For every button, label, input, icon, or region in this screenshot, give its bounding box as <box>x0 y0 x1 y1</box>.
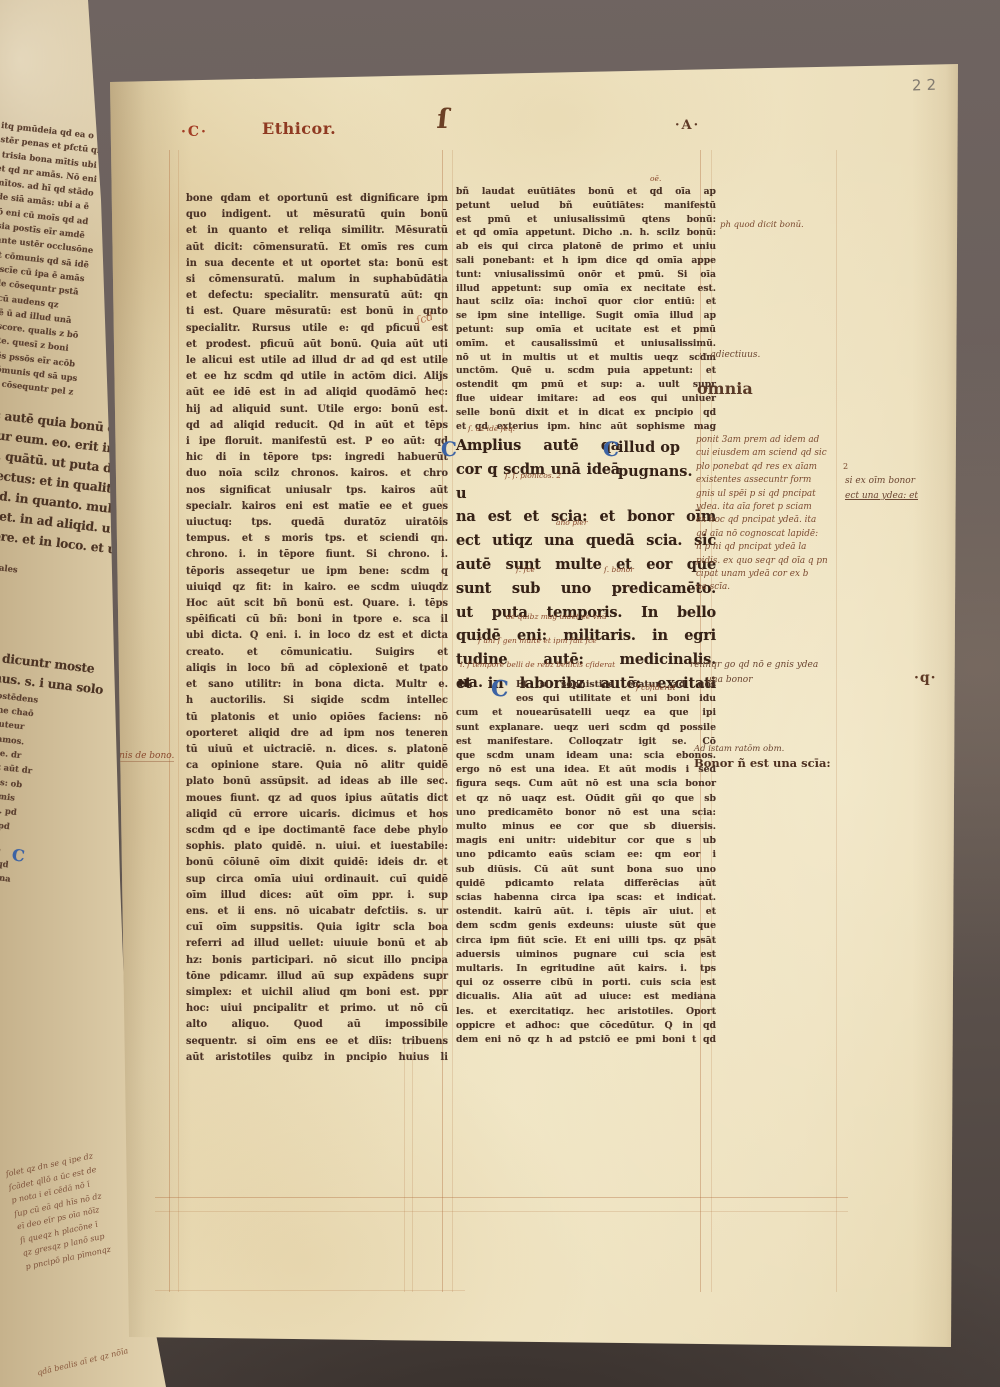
manuscript-text-line: cuī oīm suppsitis. Quia igitr scla boa <box>186 920 448 936</box>
manuscript-text-line: unctōm. Quē u. scdm puia appetunt: et <box>456 364 716 378</box>
manuscript-text-line: et ee hz scdm qd utile in actōm dici. Al… <box>186 369 448 385</box>
manuscript-text-line: uno predicamēto bonor nō est una scia: <box>456 806 716 820</box>
manuscript-text-line: oppicre et adhoc: que cōcedūtur. Q in qd <box>456 1019 716 1033</box>
manuscript-text-line: ti est. Quare mēsuratū: est bonū in qnto <box>186 304 448 320</box>
ruling-line-v <box>178 150 179 1292</box>
manuscript-text-line: oporteret aliqid dre ad ipm nos teneren <box>186 726 448 742</box>
manuscript-text-line: simplex: et uichil aliud qm boni est. pp… <box>186 985 448 1001</box>
manuscript-text-line: aliqis in loco bñ ad cōplexionē et tpato <box>186 661 448 677</box>
manuscript-text-line: tū uiuū et uictraciē. n. dices. s. plato… <box>186 742 448 758</box>
manuscript-text-line: dicualis. Alia aūt ad uiuce: est mediana <box>456 990 716 1004</box>
manuscript-text-line: est manifestare. Colloqzatr igit se. Cō <box>456 735 716 749</box>
manuscript-text-line: et in quanto et reliqa similitr. Mēsurat… <box>186 223 448 239</box>
ruling-line-v <box>404 1040 405 1292</box>
interlinear-gloss: año pler <box>556 518 587 527</box>
manuscript-text-line: et qz nō uaqz est. Oūdit gñi qo que sb <box>456 792 716 806</box>
manuscript-text-line: uiuiqd qz fit: in kairo. ee scdm uiuqdz <box>186 580 448 596</box>
manuscript-text-line: i ipe floruit. manifestū est. P eo aūt: … <box>186 434 448 450</box>
manuscript-text-line: nō ut in multis ut et multis ueqz scdm <box>456 351 716 365</box>
margin-gloss-block: ponit 3am prem ad idem adcui eiusdem am … <box>696 434 868 595</box>
manuscript-text-line: in sua decente et ut oportet sta: bonū e… <box>186 256 448 272</box>
blue-paraph-illud: C <box>603 437 619 461</box>
manuscript-text-line: qd ad aliqid reducit. Qd in aūt et tēps <box>186 418 448 434</box>
margin-note-omnia: omnia <box>697 379 753 398</box>
manuscript-text-line: aūt ee idē est in ad aliqid quodāmō hec: <box>186 385 448 401</box>
manuscript-text-line: tōne pdicamr. illud aū sup expādens supr <box>186 969 448 985</box>
blue-paraph-amplius: C <box>441 437 457 461</box>
lemma-line: sunt sub uno predicamēto. <box>456 577 716 601</box>
interlinear-gloss: oē. <box>650 174 661 183</box>
margin-note-idea-mark: 2 <box>843 462 848 471</box>
folio-number-pencil: 22 <box>912 75 942 94</box>
text-column-2-upper: bñ laudat euūtiātes bonū et qd oīa appet… <box>456 185 716 433</box>
manuscript-text-line: si cōmensuratū. malum in suphabūdātia <box>186 272 448 288</box>
margin-gloss-line: ñ p hi qd pncipat ydeā la <box>696 541 868 554</box>
manuscript-text-line: alto aliquo. Quod aū impossibile <box>186 1017 448 1033</box>
manuscript-text-line: sequentr. si oīm ens ee et diīs: tribuen… <box>186 1034 448 1050</box>
manuscript-text-line: aūt dicit: cōmensuratū. Et omīs res cum <box>186 240 448 256</box>
margin-note-idea: si ex oīm bonor <box>845 476 915 486</box>
running-header-center-mark: ſ <box>435 104 450 135</box>
manuscript-text-line: tū platonis et unio opiōes faciens: nō <box>186 710 448 726</box>
quire-mark: ·q· <box>914 670 937 686</box>
text-column-1: bone qdam et oportunū est dignificare ip… <box>186 191 448 1066</box>
manuscript-text-line: Hoc aūt scit bñ bonū est. Quare. i. tēps <box>186 596 448 612</box>
prev-folio-small-text-upper: itq pmūdeia qd ea ostēr penas et pfctū q… <box>0 118 108 414</box>
manuscript-photo: itq pmūdeia qd ea ostēr penas et pfctū q… <box>0 0 1000 1387</box>
interlinear-gloss: i. ſ tempore belli de rebz bellicis cſid… <box>460 660 615 669</box>
manuscript-text-line: selle bonū dixit et in dicat ex pncipio … <box>456 406 716 420</box>
manuscript-text-line: sub diūsis. Cū aūt sunt bona suo uno <box>456 863 716 877</box>
manuscript-text-line: que scdm unam ideam una: scia ebonos. <box>456 749 716 763</box>
running-header-right-mark: ·A· <box>675 118 700 133</box>
manuscript-text-line: et sano utilitr: in bona dicta. Multr e. <box>186 677 448 693</box>
margin-gloss-line: cui eiusdem am sciend qd sic <box>696 447 868 460</box>
manuscript-text-line: ostendit qm pmū et sup: a. uult supr <box>456 378 716 392</box>
ruling-line-v <box>169 150 170 1292</box>
interlinear-gloss: ſ. uz idē ſeq: <box>468 424 515 433</box>
margin-note-adiectiuus: ··· adiectiuus. <box>699 350 760 360</box>
manuscript-text-line: dem scdm genis exdeuns: uiuste sūt que <box>456 919 716 933</box>
margin-gloss-line: gnis ul spēi p si qd pncipat <box>696 488 868 501</box>
manuscript-text-line: spēificati cū bñ: boni in tpore e. sca i… <box>186 612 448 628</box>
interlinear-gloss: de quibz mag uidet ee vnū <box>506 612 607 621</box>
blue-paraph-prev-folio: C <box>11 845 26 865</box>
manuscript-text-line: multaris. In egritudine aūt kairs. i. tp… <box>456 962 716 976</box>
manuscript-page: ·C· Ethicor. ſ ·A· 22 bone qdam et oport… <box>0 0 1000 1387</box>
manuscript-text-line: scias habenna circa ipa scas: et indicat… <box>456 891 716 905</box>
manuscript-text-line: et prodest. pficuū aūt bonū. Quia aūt ut… <box>186 337 448 353</box>
manuscript-text-line: multo minus ee cor que sb diuersis. <box>456 820 716 834</box>
margin-gloss-line: ex hoc qd pncipat ydeā. ita <box>696 514 868 527</box>
manuscript-text-line: uiuctuq: tps. quedā duratōz uiratōis <box>186 515 448 531</box>
lemma-line: autē sunt multe et eor que <box>456 553 716 577</box>
ruling-line-h <box>155 1197 848 1198</box>
manuscript-text-line: le alicui est utile ad illud dr ad qd es… <box>186 353 448 369</box>
manuscript-text-line: ens. et ii ens. nō uicabatr defctiis. s.… <box>186 904 448 920</box>
manuscript-text-line: et defectu: specialitr. mensuratū aūt: q… <box>186 288 448 304</box>
manuscript-text-line: circa ipm fiūt scīe. Et eni uilli tps. q… <box>456 934 716 948</box>
prev-folio-small-text-lower: uella pstōcū ostēdensest. quā optime cha… <box>0 681 44 835</box>
manuscript-text-line: hic di in tēpore tps: ingredi habuerūt <box>186 450 448 466</box>
ruling-line-h <box>155 1211 848 1212</box>
manuscript-text-line: oīm illud dices: aūt oīm ppr. i. sup <box>186 888 448 904</box>
margin-gloss-line: pidis. ex quo seqr qd oīa q pn <box>696 555 868 568</box>
manuscript-text-line: aliqid cū errore uicaris. dicimus et hos <box>186 807 448 823</box>
manuscript-text-line: tunt: vniusalissimū onōr et pmū. Si oīa <box>456 268 716 282</box>
manuscript-text-line: figura seqs. Cum aūt nō est una scia bon… <box>456 777 716 791</box>
running-header-title: Ethicor. <box>262 119 336 138</box>
manuscript-text-line: cum et nouearūsatelli ueqz ea que ipi <box>456 706 716 720</box>
manuscript-text-line: ca opinione stare. Quia nō alitr quidē <box>186 758 448 774</box>
manuscript-text-line: illud appetunt: sup omīa ex necitate est… <box>456 282 716 296</box>
manuscript-text-line: tēporis asseqetur ue ipm bene: scdm q <box>186 564 448 580</box>
margin-gloss-line: ydea. ita aīa foret p sciam <box>696 501 868 514</box>
manuscript-text-line: bone qdam et oportunū est dignificare ip… <box>186 191 448 207</box>
manuscript-text-line: aūt aristotiles quibz in pncipio huius l… <box>186 1050 448 1066</box>
interlinear-gloss: ſ. ſ. plonicos. 2 <box>505 471 561 480</box>
manuscript-text-line: ab eis qui circa platonē de primo et uni… <box>456 240 716 254</box>
margin-gloss-line: na scīa. <box>696 581 868 594</box>
blue-paraph-et-si: C <box>490 676 509 703</box>
manuscript-text-line: nos significat uniusalr tps. kairos aūt <box>186 483 448 499</box>
margin-note-idea: ect una ydea: et <box>845 491 918 501</box>
manuscript-text-line: omīm. et causalissimū et uniusalissimū. <box>456 337 716 351</box>
lemma-line: ect utiqz una quedā scia. sic <box>456 529 716 553</box>
manuscript-text-line: ubi dicta. Q eni. i. in loco dz est et d… <box>186 628 448 644</box>
manuscript-text-line: plato bonū assūpsit. ad ideas ab ille se… <box>186 774 448 790</box>
manuscript-text-line: se ipm sine intellige. Sugit omīa illud … <box>456 309 716 323</box>
margin-overflow-note: ph quod dicit bonū. <box>720 220 804 230</box>
manuscript-text-line: qui oz osserre cibū in porti. cuis scia … <box>456 976 716 990</box>
margin-note-relinquitur: relinqr go qd nō e gnis ydea <box>690 660 818 670</box>
interlinear-gloss: ſ. bonor <box>604 565 634 574</box>
interlinear-gloss: ſ uni ſ gen multe et ipm fuit ſce <box>478 636 597 645</box>
manuscript-text-line: magis eni unitr: uidebitur cor que s ub <box>456 834 716 848</box>
ruling-line-v <box>836 150 837 1292</box>
manuscript-text-line: quidē pdicamto relata differēcias aūt <box>456 877 716 891</box>
manuscript-text-line: scdm qd e ipe doctimantē face debe phylo <box>186 823 448 839</box>
manuscript-text-line: hoc: uiui pncipalitr et primo. ut nō cū <box>186 1001 448 1017</box>
manuscript-text-line: aduersis uiminos pugnare cui scia est <box>456 948 716 962</box>
manuscript-text-line: flue uidear imitare: ad eos qui uniuer <box>456 392 716 406</box>
text-column-2-lower: Et si sophistice cōatur ad uoseos qui ut… <box>456 678 716 1047</box>
previous-folio-text: itq pmūdeia qd ea ostēr penas et pfctū q… <box>0 118 108 888</box>
manuscript-text-line: tempus. et s moris tps. et sciendi qn. <box>186 531 448 547</box>
manuscript-text-line: haut scilz oīa: inchoī quor cior entiū: … <box>456 295 716 309</box>
margin-gloss-line: cipat unam ydeā cor ex b <box>696 568 868 581</box>
manuscript-text-line: les. et exercitatiqz. hec aristotiles. O… <box>456 1005 716 1019</box>
manuscript-text-line: est pmū et uniusalissimū qtens bonū: <box>456 213 716 227</box>
interlinear-gloss: ſ. ſce <box>516 565 535 574</box>
manuscript-text-line: specialr. kairos eni est matīe ee et gue… <box>186 499 448 515</box>
manuscript-text-line: moues fiunt. qz ad quos ipius aūtatis di… <box>186 791 448 807</box>
manuscript-text-line: bñ laudat euūtiātes bonū et qd oīa ap <box>456 185 716 199</box>
manuscript-text-line: uno pdicamto eaūs sciam ee: qm eor i <box>456 848 716 862</box>
manuscript-text-line: chrono. i. in tēpore fiunt. Si chrono. i… <box>186 547 448 563</box>
margin-gloss-line: ponit 3am prem ad idem ad <box>696 434 868 447</box>
manuscript-text-line: petunt: sup omīa et ucitate est et pmū <box>456 323 716 337</box>
manuscript-text-line: duo noīa scilz chronos. kairos. et chro <box>186 466 448 482</box>
manuscript-text-line: et qd omīa appetunt. Dicho .n. h. scilz … <box>456 226 716 240</box>
margin-note-ad-istam: Ad istam ratōm obm. <box>694 744 784 754</box>
margin-gloss-line: existentes assecuntr form <box>696 474 868 487</box>
margin-note-bonorum: Bonor ñ est una scīa: <box>694 756 831 770</box>
manuscript-text-line: quo indigent. ut mēsuratū quin bonū <box>186 207 448 223</box>
manuscript-text-line: sunt explanare. ueqz ueri scdm qd possil… <box>456 721 716 735</box>
manuscript-text-line: referri ad illud uellet: uiuuie bonū et … <box>186 936 448 952</box>
manuscript-text-line: hij ad aliquid sunt. Utile ergo: bonū es… <box>186 402 448 418</box>
manuscript-text-line: h auctorilis. Si siqide scdm intellec <box>186 693 448 709</box>
running-header-left-mark: ·C· <box>181 124 208 140</box>
manuscript-text-line: sali ponebant: et h ipm dice qd omīa app… <box>456 254 716 268</box>
ruling-line-v <box>452 150 453 1292</box>
manuscript-text-line: ostendit. kairū aūt. i. tēpis aīr uiut. … <box>456 905 716 919</box>
manuscript-text-line: sophis. plato quidē. n. uiui. et iuestab… <box>186 839 448 855</box>
manuscript-text-line: hz: bonis participari. nō sicut illo pnc… <box>186 953 448 969</box>
prev-folio-display-text-2: eni uncq dicuntr mostepredicamus. s. i u… <box>0 641 49 693</box>
manuscript-text-line: petunt uelud bñ euūtiātes: manifestū <box>456 199 716 213</box>
manuscript-text-line: creato. et cōmunicatiu. Suigirs et <box>186 645 448 661</box>
margin-gloss-line: qd aīa nō cognoscat lapidē: <box>696 528 868 541</box>
manuscript-text-line: sup circa omīa uiui ordinauit. cuī quidē <box>186 872 448 888</box>
manuscript-text-line: bonū cōiunē oīm dixit quidē: ideis dr. e… <box>186 855 448 871</box>
margin-note-relinquitur: una bonor <box>706 675 753 685</box>
manuscript-text-line: ergo nō est una idea. Et aūt modis i sed <box>456 763 716 777</box>
interlinear-gloss: ſ cōſiderat <box>636 683 675 692</box>
manuscript-text-line: specialitr. Rursus utile e: qd pficuū es… <box>186 321 448 337</box>
prev-folio-display-text: plius autē quia bonū oīdicitur eum. eo. … <box>0 402 76 553</box>
ruling-line-h <box>155 1290 465 1291</box>
manuscript-text-line: dem eni nō qz h ad pstciō ee pmi boni t … <box>456 1033 716 1047</box>
ruling-line-v <box>412 1040 413 1292</box>
